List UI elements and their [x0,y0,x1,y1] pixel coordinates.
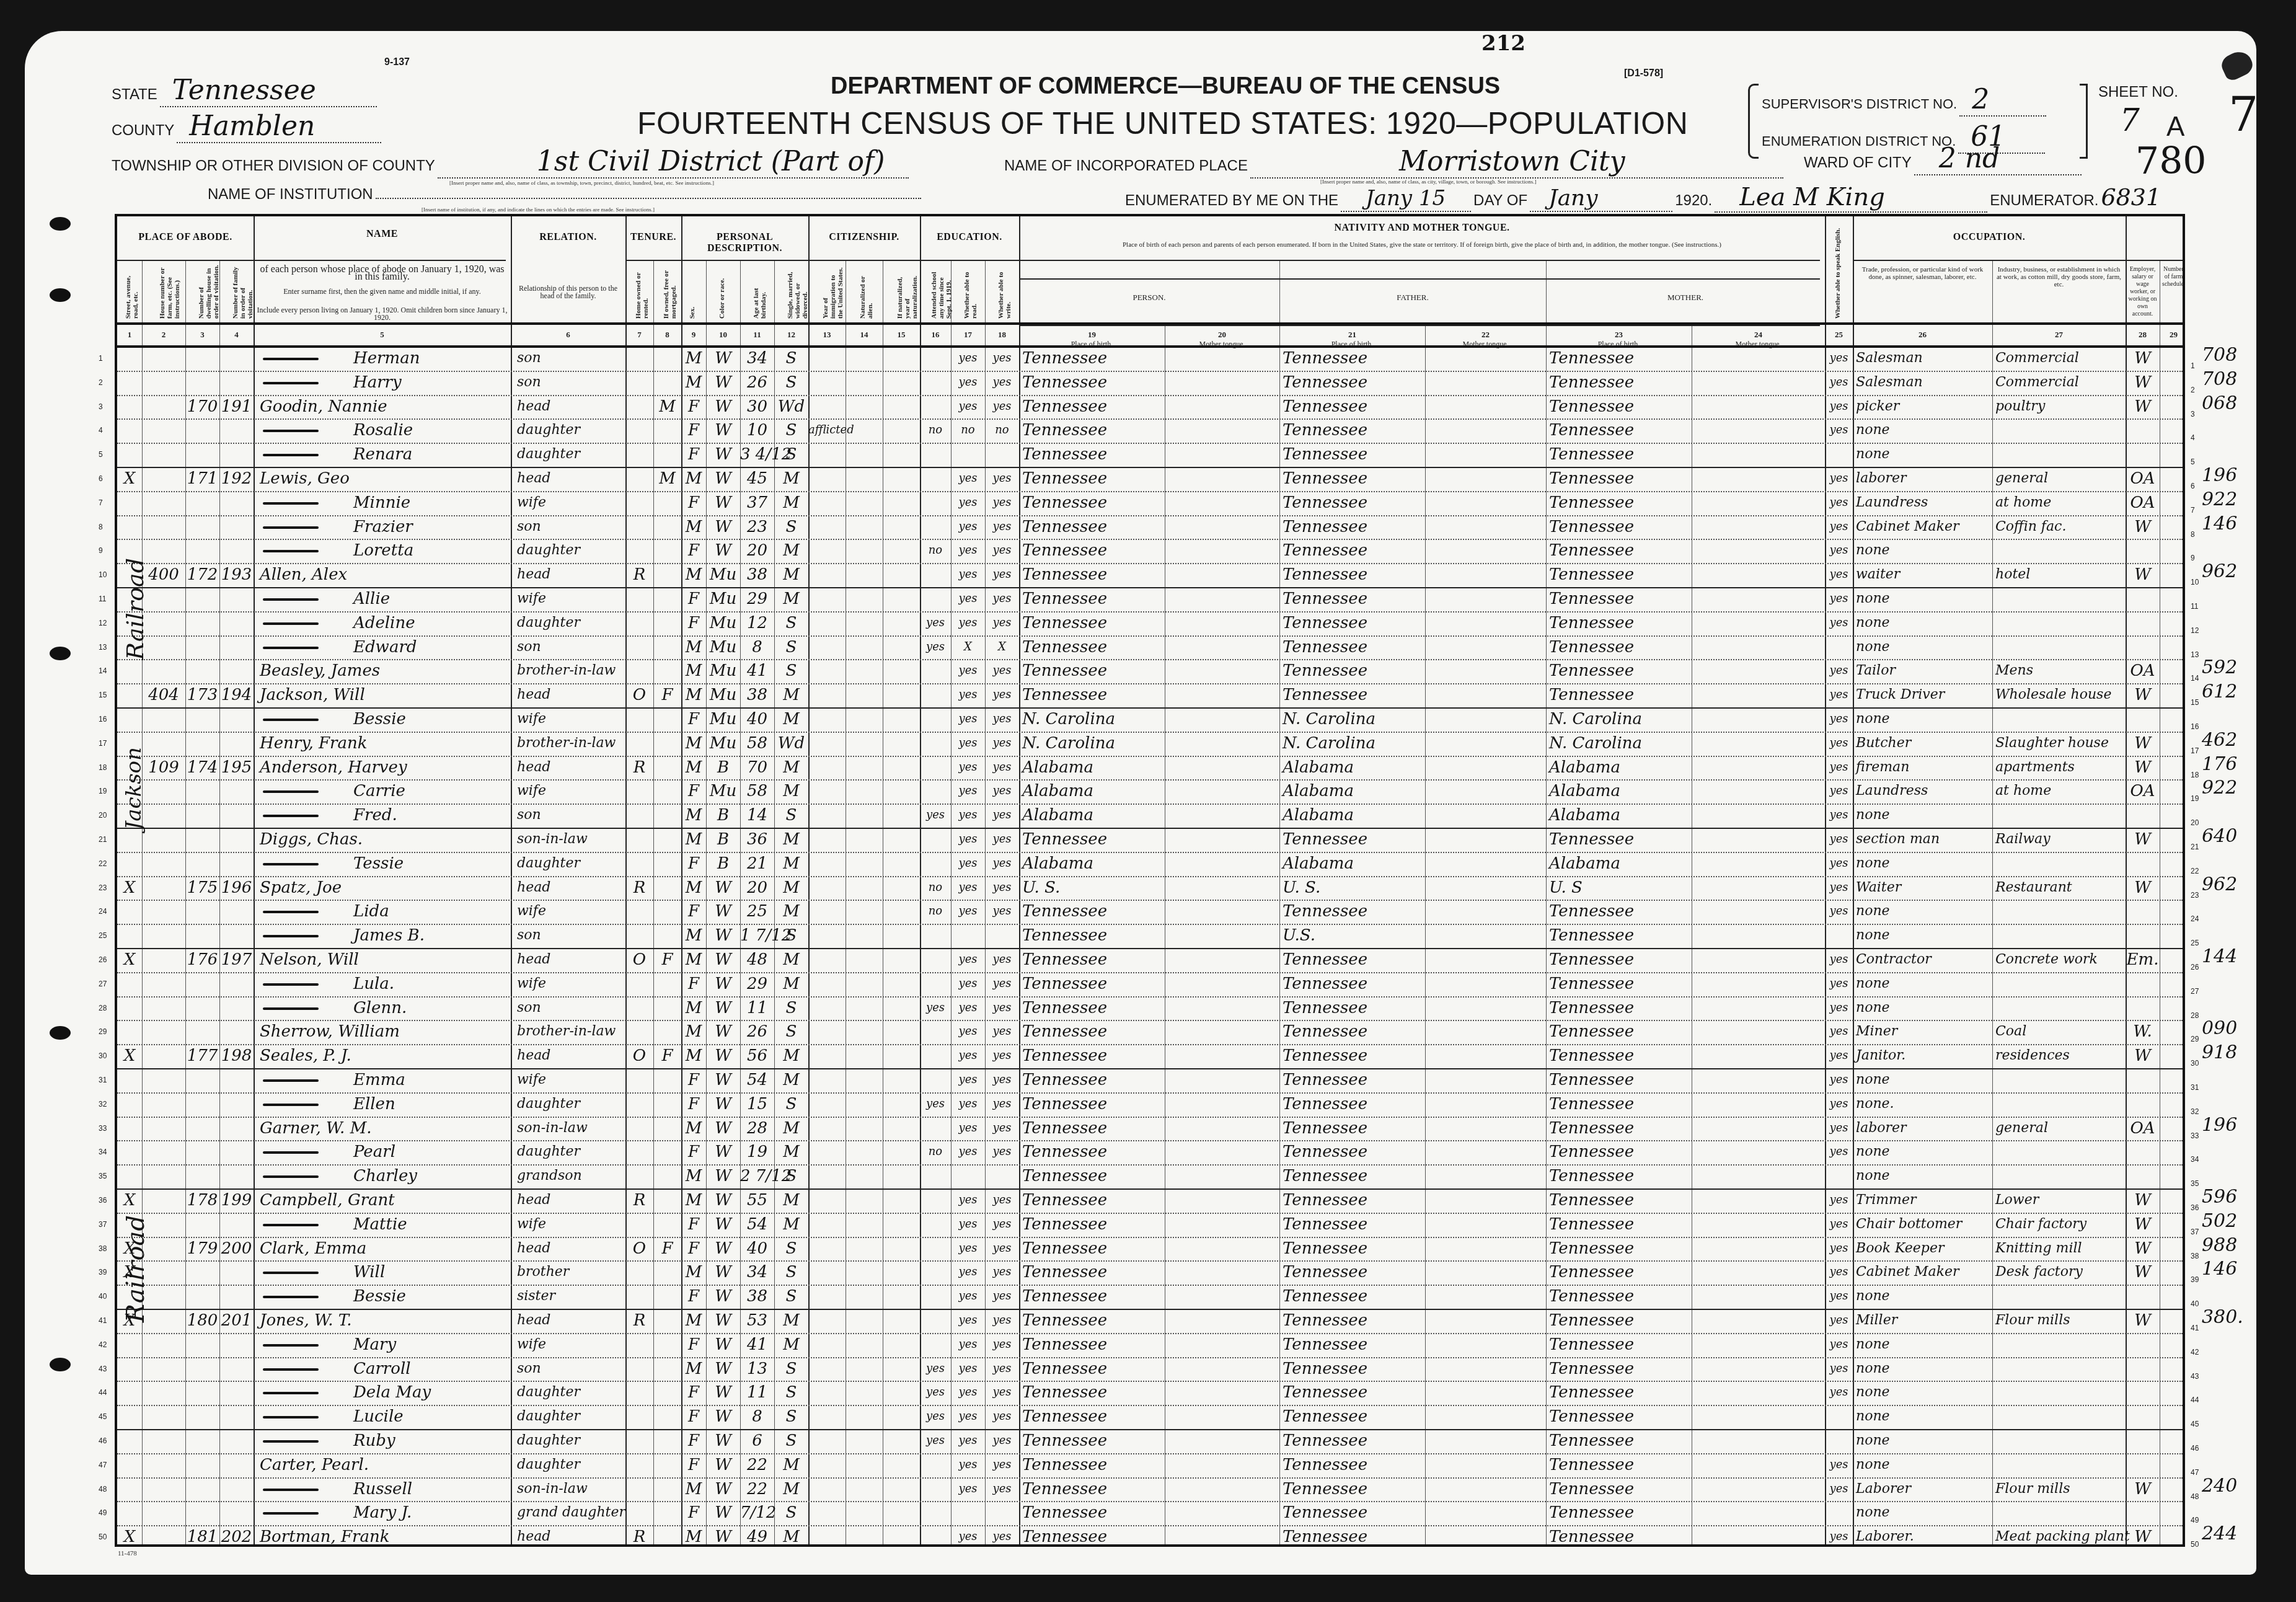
write-cell: yes [985,1285,1019,1308]
marital-status-cell: M [774,1213,808,1236]
occupation-code: 922 [2202,489,2237,510]
father-label: FATHER. [1282,294,1543,301]
dwelling-number-cell: 171 [185,467,219,490]
institution-field: NAME OF INSTITUTION [208,186,921,203]
line-number-left: 37 [99,1220,107,1229]
person-birthplace-cell: Tennessee [1022,491,1165,515]
relation-cell: daughter [517,1453,625,1477]
attended-school-cell: yes [920,1429,951,1453]
father-birthplace-cell: Tennessee [1283,1501,1425,1525]
read-cell: yes [951,1453,985,1477]
sex-cell: M [681,1309,706,1332]
age-cell: 41 [740,659,774,683]
father-birthplace-cell: Tennessee [1283,443,1425,466]
mark-cell: X [117,1525,142,1549]
name-instruction-1: Enter surname first, then the given name… [256,288,508,295]
color-race-cell: W [706,347,740,370]
color-race-cell: W [706,1020,740,1043]
column-header-c16: Attended school any time since Sept. 1, … [930,265,953,319]
marital-status-cell: Wd [774,732,808,755]
age-cell: 49 [740,1525,774,1549]
relation-cell: brother [517,1260,625,1284]
employer-class-cell: OA [2126,467,2160,490]
line-number-right: 7 [2191,506,2195,515]
line-number-left: 38 [99,1244,107,1253]
occupation-trade-cell: none [1856,1429,1992,1453]
write-cell: yes [985,948,1019,971]
mark-cell: X [117,1188,142,1212]
write-cell: yes [985,756,1019,779]
write-cell: X [985,635,1019,659]
color-race-cell: W [706,1117,740,1140]
owned-rented-cell: O [625,948,653,971]
group-tenure: TENURE. [625,232,681,243]
enumerator-name: Lea M King [1715,183,1987,213]
father-birthplace-cell: Alabama [1283,779,1425,803]
person-birthplace-cell: Alabama [1022,779,1165,803]
relation-cell: son-in-law [517,828,625,851]
name-cell: Campbell, Grant [260,1188,395,1212]
marital-status-cell: S [774,1405,808,1428]
line-number-right: 8 [2191,530,2195,539]
table-row: RubydaughterFW6SyesyesyesTennesseeTennes… [117,1429,2183,1453]
column-number: 7 [625,330,653,340]
color-race-cell: W [706,371,740,394]
marital-status-cell: S [774,635,808,659]
occupation-trade-cell: Butcher [1856,732,1992,755]
color-race-cell: W [706,1140,740,1164]
line-number-left: 16 [99,715,107,724]
occupation-industry-cell: Concrete work [1995,948,2126,971]
read-cell: yes [951,1477,985,1501]
occupation-code: 918 [2202,1042,2237,1063]
line-number-right: 41 [2191,1324,2199,1332]
relation-cell: head [517,876,625,900]
binder-hole [50,1026,71,1040]
dwelling-number-cell: 174 [185,756,219,779]
line-number-left: 5 [99,450,103,459]
name-cell: Harry [263,371,402,394]
age-cell: 20 [740,876,774,900]
nativity-description: Place of birth of each person and parent… [1022,241,1822,249]
row-divider [117,260,506,261]
line-number-left: 25 [99,931,107,940]
attended-school-cell: yes [920,1092,951,1116]
mother-birthplace-cell: N. Carolina [1549,732,1692,755]
name-cell: Lula. [263,972,394,996]
age-cell: 19 [740,1140,774,1164]
read-cell: yes [951,732,985,755]
sex-cell: F [681,491,706,515]
line-number-left: 29 [99,1027,107,1036]
day-of-label: DAY OF [1473,192,1527,209]
column-number: 19 [1019,330,1165,340]
person-name: Anderson, Harvey [260,758,407,777]
mother-birthplace-cell: Tennessee [1549,1357,1692,1381]
employer-class-cell: W [2126,395,2160,418]
marital-status-cell: M [774,1188,808,1212]
table-row: Fred.sonMB14SyesyesyesAlabamaAlabamaAlab… [117,803,2183,828]
column-header-c18: Whether able to write. [997,265,1012,319]
read-cell: yes [951,803,985,827]
age-cell: 28 [740,1117,774,1140]
person-name: Ellen [353,1095,395,1113]
speaks-english-cell: yes [1825,1213,1853,1236]
line-number-left: 17 [99,739,107,748]
line-number-right: 45 [2191,1420,2199,1428]
read-cell: yes [951,1333,985,1356]
line-number-left: 21 [99,835,107,844]
occupation-code: 380. [2202,1306,2243,1328]
table-row: FraziersonMW23SyesyesTennesseeTennesseeT… [117,515,2183,539]
table-row: RosaliedaughterFW10SafflictednononoTenne… [117,418,2183,443]
father-birthplace-cell: Tennessee [1283,1164,1425,1188]
age-cell: 2 7/12 [740,1164,774,1188]
free-mortgaged-cell: F [653,948,681,971]
age-cell: 8 [740,635,774,659]
line-number-left: 23 [99,883,107,892]
read-cell: yes [951,1140,985,1164]
line-number-right: 25 [2191,939,2199,947]
read-cell: yes [951,1357,985,1381]
institution-label: NAME OF INSTITUTION [208,186,373,203]
person-birthplace-cell: Tennessee [1022,1309,1165,1332]
line-number-left: 41 [99,1316,107,1325]
attended-school-cell: yes [920,1357,951,1381]
mother-birthplace-cell: Tennessee [1549,587,1692,611]
ditto-mark [263,1368,319,1371]
occupation-code: 922 [2202,777,2237,799]
person-birthplace-cell: Tennessee [1022,1357,1165,1381]
relation-description: Relationship of this person to the head … [513,285,623,299]
table-row: Anderson, Harvey109174195headRMB70Myesye… [117,756,2183,780]
employer-class-cell: W [2126,1044,2160,1068]
column-number: 21 [1279,330,1425,340]
color-race-cell: W [706,1188,740,1212]
occupation-trade-cell: none [1856,539,1992,562]
father-birthplace-cell: Tennessee [1283,1020,1425,1043]
line-number-left: 36 [99,1196,107,1205]
mother-birthplace-cell: Tennessee [1549,1213,1692,1236]
mother-birthplace-cell: Tennessee [1549,1164,1692,1188]
father-birthplace-cell: Tennessee [1283,1068,1425,1092]
person-birthplace-cell: Tennessee [1022,443,1165,466]
sex-cell: M [681,996,706,1020]
line-number-left: 19 [99,787,107,795]
age-cell: 11 [740,996,774,1020]
mother-birthplace-cell: Alabama [1549,852,1692,875]
read-cell: yes [951,996,985,1020]
table-row: James B.sonMW1 7/12STennesseeU.S.Tenness… [117,924,2183,948]
mother-birthplace-cell: Tennessee [1549,563,1692,586]
age-cell: 25 [740,900,774,923]
line-number-right: 50 [2191,1540,2199,1549]
ditto-mark [263,1440,319,1443]
marital-status-cell: S [774,347,808,370]
state-value: Tennessee [160,74,377,107]
table-row: BessiewifeFMu40MyesyesN. CarolinaN. Caro… [117,707,2183,732]
person-name: Bortman, Frank [260,1528,390,1546]
read-cell: yes [951,611,985,635]
write-cell: yes [985,1044,1019,1068]
age-cell: 38 [740,683,774,707]
line-number-right: 44 [2191,1396,2199,1404]
name-cell: Bessie [263,1285,406,1308]
mother-birthplace-cell: Tennessee [1549,1140,1692,1164]
occupation-trade-cell: none [1856,972,1992,996]
age-cell: 12 [740,611,774,635]
occupation-trade-cell: laborer [1856,467,1992,490]
person-birthplace-cell: Tennessee [1022,828,1165,851]
table-row: Allen, Alex400172193headRMMu38MyesyesTen… [117,563,2183,587]
house-number-cell: 109 [142,756,185,779]
column-header-c7: Home owned or rented. [635,265,650,319]
sex-cell: F [681,972,706,996]
relation-cell: wife [517,972,625,996]
marital-status-cell: M [774,1068,808,1092]
father-birthplace-cell: Tennessee [1283,1140,1425,1164]
person-birthplace-cell: Tennessee [1022,1117,1165,1140]
person-name: Mary J. [353,1503,412,1522]
table-row: AlliewifeFMu29MyesyesTennesseeTennesseeT… [117,587,2183,611]
occupation-code: 596 [2202,1186,2237,1208]
marital-status-cell: M [774,539,808,562]
name-cell: Henry, Frank [260,732,367,755]
person-name: Lucile [353,1407,404,1426]
speaks-english-cell: yes [1825,1357,1853,1381]
enumeration-date-field: ENUMERATED BY ME ON THE Jany 15 DAY OF J… [1125,183,2161,213]
name-cell: Goodin, Nannie [260,395,387,418]
line-number-left: 49 [99,1508,107,1517]
person-name: Carroll [353,1360,411,1378]
father-birthplace-cell: Tennessee [1283,1117,1425,1140]
write-cell: yes [985,347,1019,370]
name-cell: Seales, P. J. [260,1044,351,1068]
line-number-left: 28 [99,1004,107,1012]
occupation-trade-cell: Salesman [1856,371,1992,394]
speaks-english-cell: yes [1825,972,1853,996]
line-number-right: 13 [2191,650,2199,659]
line-number-left: 39 [99,1268,107,1277]
read-cell: yes [951,972,985,996]
group-name: NAME [254,229,511,240]
age-cell: 10 [740,418,774,442]
occupation-code: 244 [2202,1523,2237,1544]
speaks-english-cell: yes [1825,779,1853,803]
line-number-right: 31 [2191,1083,2199,1092]
occupation-trade-cell: Tailor [1856,659,1992,683]
name-description: of each person whose place of abode on J… [256,266,508,281]
speaks-english-cell: yes [1825,876,1853,900]
supervisor-label: SUPERVISOR'S DISTRICT NO. [1762,96,1957,112]
marital-status-cell: M [774,900,808,923]
name-cell: Mary [263,1333,396,1356]
person-name: Tessie [353,854,404,873]
column-number: 17 [951,330,985,340]
father-birthplace-cell: Tennessee [1283,611,1425,635]
line-number-right: 49 [2191,1516,2199,1525]
family-number-cell: 199 [219,1188,254,1212]
occupation-trade-cell: none [1856,803,1992,827]
sex-cell: M [681,732,706,755]
write-cell: yes [985,996,1019,1020]
incorporated-place-field: NAME OF INCORPORATED PLACE Morristown Ci… [1004,146,1783,179]
line-number-right: 15 [2191,698,2199,707]
line-number-left: 50 [99,1533,107,1541]
sex-cell: F [681,1453,706,1477]
table-row: Carter, Pearl.daughterFW22MyesyesTenness… [117,1453,2183,1477]
enumeration-district-field: ENUMERATION DISTRICT NO. 61 [1762,121,2045,154]
mother-birthplace-cell: Tennessee [1549,635,1692,659]
person-name: Jackson, Will [260,686,365,704]
occupation-industry-cell: Flour mills [1995,1477,2126,1501]
relation-cell: head [517,563,625,586]
sex-cell: M [681,803,706,827]
name-cell: Carroll [263,1357,411,1381]
occupation-trade-cell: none [1856,1405,1992,1428]
occupation-trade-cell: none [1856,900,1992,923]
speaks-english-cell: yes [1825,803,1853,827]
father-birthplace-cell: Tennessee [1283,1525,1425,1549]
occupation-code: 090 [2202,1017,2237,1039]
read-cell: no [951,418,985,442]
attended-school-cell: no [920,539,951,562]
age-cell: 45 [740,467,774,490]
name-cell: Renara [263,443,412,466]
color-race-cell: W [706,539,740,562]
table-row: Mary J.grand daughterFW7/12STennesseeTen… [117,1501,2183,1525]
occupation-industry-cell: Commercial [1995,347,2126,370]
relation-cell: head [517,756,625,779]
occupation-trade-cell: Miner [1856,1020,1992,1043]
table-row: RenaradaughterFW3 4/12STennesseeTennesse… [117,443,2183,467]
column-header-c2: House number or farm, etc. (See instruct… [159,265,181,319]
person-birthplace-cell: Tennessee [1022,972,1165,996]
name-cell: Beasley, James [260,659,380,683]
person-birthplace-cell: Tennessee [1022,587,1165,611]
father-birthplace-cell: Alabama [1283,803,1425,827]
line-number-left: 3 [99,402,103,411]
enumeration-value: 61 [1958,121,2045,154]
person-birthplace-cell: Tennessee [1022,924,1165,947]
free-mortgaged-cell: M [653,467,681,490]
marital-status-cell: M [774,1117,808,1140]
supervisor-value: 2 [1959,84,2046,117]
name-cell: Rosalie [263,418,413,442]
write-cell: yes [985,1117,1019,1140]
column-header-c14: Naturalized or alien. [859,265,874,319]
read-cell: X [951,635,985,659]
sex-cell: M [681,347,706,370]
father-birthplace-cell: Tennessee [1283,1453,1425,1477]
table-row: EdwardsonMMu8SyesXXTennesseeTennesseeTen… [117,635,2183,660]
relation-cell: daughter [517,852,625,875]
employer-class-cell: W. [2126,1020,2160,1043]
line-number-left: 10 [99,570,107,579]
person-name: Charley [353,1167,417,1185]
binder-hole [50,647,71,660]
color-race-cell: W [706,515,740,539]
name-cell: Lewis, Geo [260,467,350,490]
line-number-right: 11 [2191,602,2198,611]
write-cell: yes [985,395,1019,418]
name-cell: Spatz, Joe [260,876,342,900]
speaks-english-cell: yes [1825,418,1853,442]
sex-cell: F [681,1333,706,1356]
relation-cell: head [517,1309,625,1332]
column-header-c12: Single, married, widowed, or divorced. [787,265,809,319]
line-number-right: 29 [2191,1035,2199,1043]
line-number-right: 16 [2191,722,2199,731]
mother-birthplace-cell: Tennessee [1549,371,1692,394]
occupation-trade-cell: none. [1856,1092,1992,1116]
age-cell: 22 [740,1453,774,1477]
father-birthplace-cell: Tennessee [1283,1309,1425,1332]
occupation-code: 144 [2202,945,2237,967]
ditto-mark [263,1079,319,1082]
person-name: Seales, P. J. [260,1047,351,1065]
table-row: LorettadaughterFW20MnoyesyesTennesseeTen… [117,539,2183,563]
name-cell: Diggs, Chas. [260,828,363,851]
occupation-code: 196 [2202,464,2237,486]
occupation-trade-cell: Cabinet Maker [1856,515,1992,539]
read-cell: yes [951,1381,985,1404]
table-row: Russellson-in-lawMW22MyesyesTennesseeTen… [117,1477,2183,1502]
occupation-trade-cell: fireman [1856,756,1992,779]
write-cell: yes [985,707,1019,731]
person-name: Russell [353,1480,412,1498]
person-birthplace-cell: Tennessee [1022,467,1165,490]
employer-class-cell: W [2126,1260,2160,1284]
line-number-right: 37 [2191,1228,2199,1236]
ditto-mark [263,983,319,986]
occupation-industry-cell: at home [1995,779,2126,803]
line-number-left: 20 [99,811,107,820]
sex-cell: F [681,1213,706,1236]
father-birthplace-cell: Tennessee [1283,1237,1425,1260]
person-name: Glenn. [353,999,407,1017]
write-cell: yes [985,972,1019,996]
speaks-english-cell: yes [1825,1453,1853,1477]
age-cell: 3 4/12 [740,443,774,466]
occupation-industry-cell: Desk factory [1995,1260,2126,1284]
read-cell: yes [951,756,985,779]
employer-class-cell: W [2126,515,2160,539]
table-row: HarrysonMW26SyesyesTennesseeTennesseeTen… [117,371,2183,395]
occupation-trade-cell: none [1856,443,1992,466]
line-number-left: 46 [99,1436,107,1445]
occupation-industry-cell: Coffin fac. [1995,515,2126,539]
occupation-industry-cell: general [1995,1117,2126,1140]
person-name: Rosalie [353,421,413,440]
person-birthplace-cell: Tennessee [1022,996,1165,1020]
table-row: Garner, W. M.son-in-lawMW28MyesyesTennes… [117,1117,2183,1141]
line-number-right: 18 [2191,771,2199,779]
write-cell: yes [985,587,1019,611]
write-cell: yes [985,683,1019,707]
line-number-left: 2 [99,378,103,387]
family-number-cell: 191 [219,395,254,418]
line-number-right: 38 [2191,1252,2199,1260]
line-number-right: 47 [2191,1468,2199,1477]
table-row: LidawifeFW25MnoyesyesTennesseeTennesseeT… [117,900,2183,924]
name-cell: Tessie [263,852,404,875]
dwelling-number-cell: 179 [185,1237,219,1260]
person-name: James B. [353,926,425,945]
marital-status-cell: M [774,1140,808,1164]
father-birthplace-cell: Tennessee [1283,1477,1425,1501]
binder-hole [50,288,71,302]
